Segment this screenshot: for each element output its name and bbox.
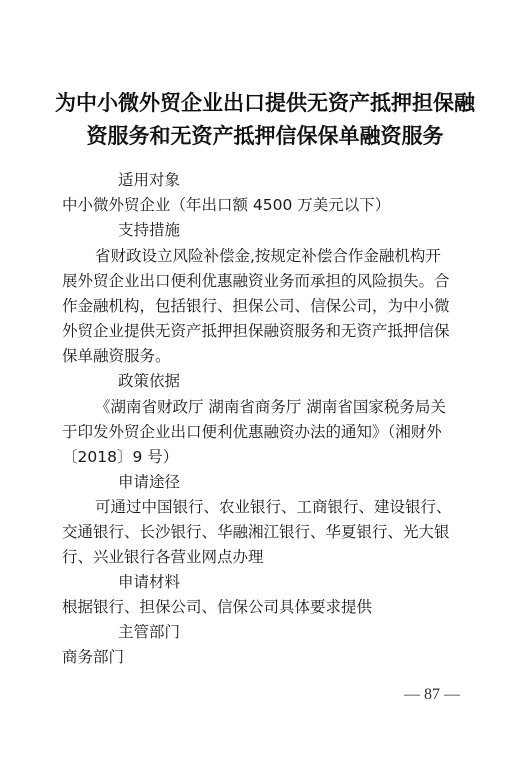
section-text: 外贸企业提供无资产抵押担保融资服务和无资产抵押信保 bbox=[62, 321, 450, 341]
page-number: — 87 — bbox=[404, 686, 460, 704]
section-text: 省财政设立风险补偿金,按规定补偿合作金融机构开 bbox=[95, 246, 441, 266]
section-heading-target: 适用对象 bbox=[118, 170, 180, 190]
page-title: 为中小微外贸企业出口提供无资产抵押担保融 资服务和无资产抵押信保保单融资服务 bbox=[50, 87, 480, 153]
document-page: 为中小微外贸企业出口提供无资产抵押担保融 资服务和无资产抵押信保保单融资服务 适… bbox=[0, 0, 528, 767]
section-text: 保单融资服务。 bbox=[62, 346, 171, 366]
section-text: 行、兴业银行各营业网点办理 bbox=[62, 547, 264, 567]
section-heading-materials: 申请材料 bbox=[118, 572, 180, 592]
section-text: 交通银行、长沙银行、华融湘江银行、华夏银行、光大银 bbox=[62, 522, 450, 542]
title-line-2: 资服务和无资产抵押信保保单融资服务 bbox=[50, 120, 480, 153]
section-text: 展外贸企业出口便利优惠融资业务而承担的风险损失。合 bbox=[62, 271, 450, 291]
section-text: 作金融机构，包括银行、担保公司、信保公司，为中小微 bbox=[62, 296, 450, 316]
section-text: 商务部门 bbox=[62, 647, 124, 667]
section-text: 于印发外贸企业出口便利优惠融资办法的通知》（湘财外 bbox=[62, 422, 442, 442]
section-heading-measures: 支持措施 bbox=[118, 220, 180, 240]
section-heading-application-channel: 申请途径 bbox=[118, 472, 180, 492]
section-text: 〔2018〕9 号） bbox=[62, 447, 178, 467]
section-heading-policy-basis: 政策依据 bbox=[118, 371, 180, 391]
section-text: 《湖南省财政厅 湖南省商务厅 湖南省国家税务局关 bbox=[95, 397, 446, 417]
section-text: 可通过中国银行、农业银行、工商银行、建设银行、 bbox=[95, 497, 452, 517]
section-heading-department: 主管部门 bbox=[118, 622, 180, 642]
title-line-1: 为中小微外贸企业出口提供无资产抵押担保融 bbox=[50, 87, 480, 120]
section-text: 根据银行、担保公司、信保公司具体要求提供 bbox=[62, 597, 372, 617]
section-text: 中小微外贸企业（年出口额 4500 万美元以下） bbox=[62, 195, 390, 215]
